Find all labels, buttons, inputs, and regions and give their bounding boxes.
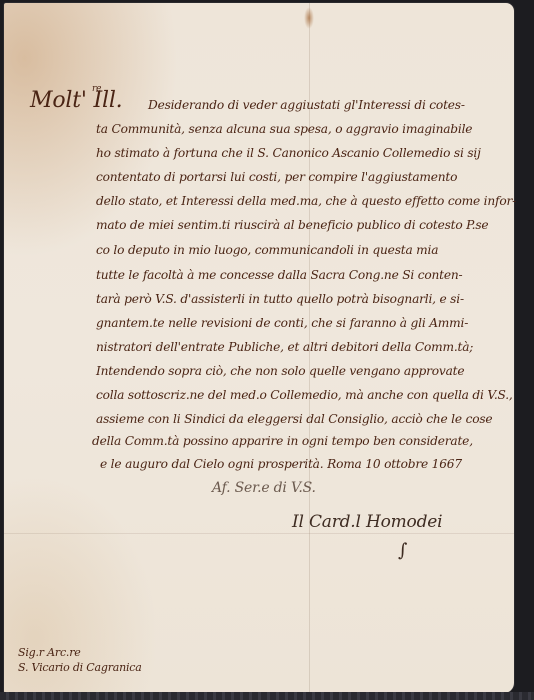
body-line: della Comm.tà possino apparire in ogni t… [92,434,473,448]
body-line: co lo deputo in mio luogo, communicandol… [96,243,438,257]
body-line: dello stato, et Interessi della med.ma, … [96,194,516,208]
body-line: ho stimato à fortuna che il S. Canonico … [96,146,481,160]
body-line: Intendendo sopra ciò, che non solo quell… [96,364,464,378]
scan-bottom-edge [0,692,534,700]
ink-stain [304,7,314,29]
body-line: assieme con li Sindici da eleggersi dal … [96,412,492,426]
signature: Il Card.l Homodei [292,512,442,532]
body-line: e le auguro dal Cielo ogni prosperità. R… [100,457,462,471]
body-line: mato de miei sentim.ti riuscirà al benef… [96,218,488,232]
body-line: tarà però V.S. d'assisterli in tutto que… [96,292,464,306]
body-line: ta Communità, senza alcuna sua spesa, o … [96,122,472,136]
signature-flourish-icon: ∫ [398,540,407,561]
salutation: Molt' Ill. [30,88,122,113]
closing-formula: Af. Ser.e di V.S. [212,480,316,496]
body-line: nistratori dell'entrate Publiche, et alt… [96,340,473,354]
body-line: tutte le facoltà à me concesse dalla Sac… [96,268,462,282]
body-line: contentato di portarsi lui costi, per co… [96,170,457,184]
fold-crease-horizontal [4,533,514,534]
body-line: colla sottoscriz.ne del med.o Collemedio… [96,388,513,402]
address-line: Sig.r Arc.re [18,646,81,659]
body-line: Desiderando di veder aggiustati gl'Inter… [148,98,465,112]
salutation-superscript: re [92,84,101,94]
address-line: S. Vicario di Cagranica [18,661,142,674]
body-line: gnantem.te nelle revisioni de conti, che… [96,316,468,330]
